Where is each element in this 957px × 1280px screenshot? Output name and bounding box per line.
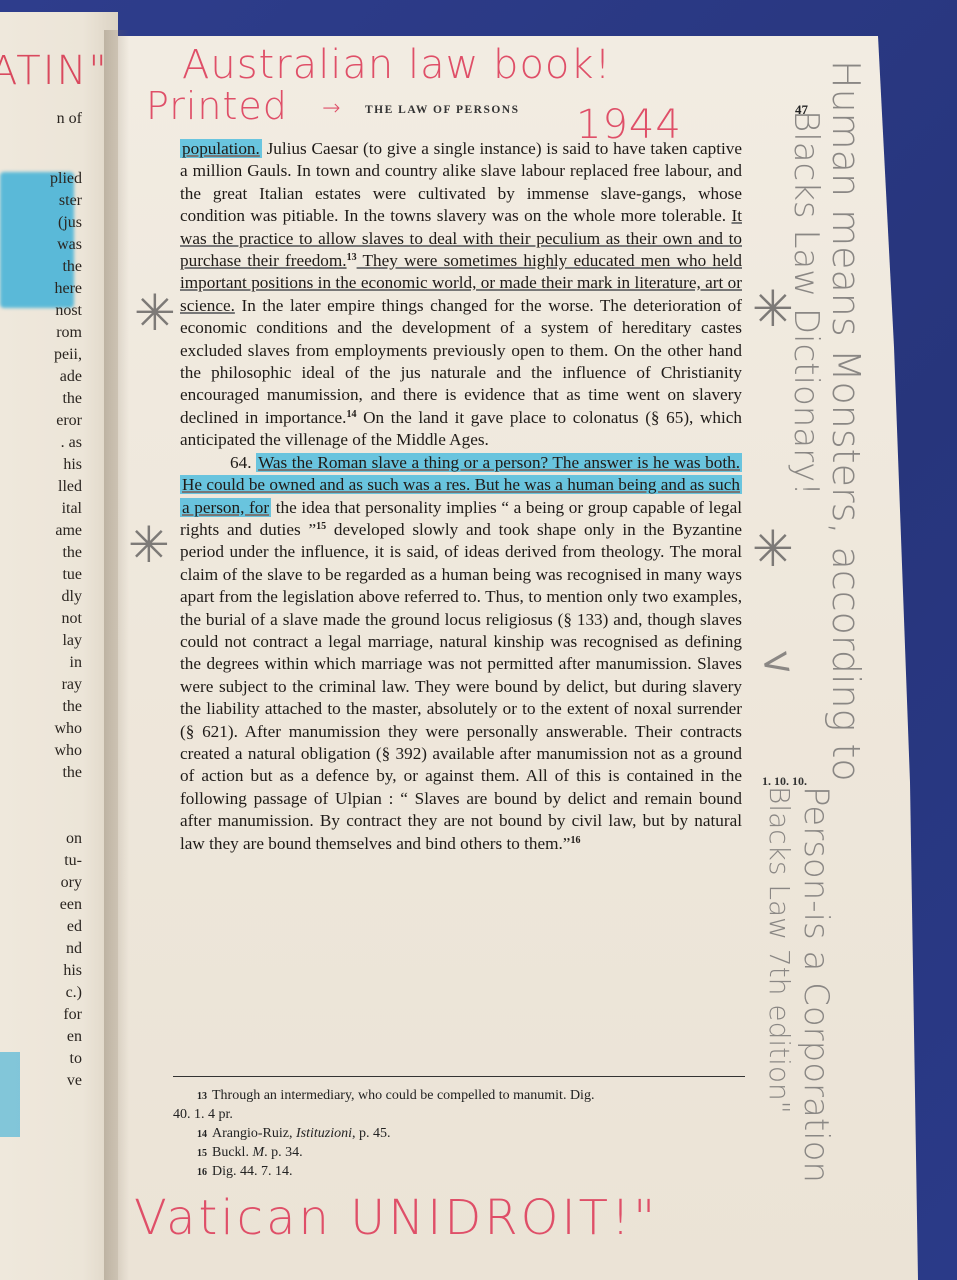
footnote-13: 13Through an intermediary, who could be … — [173, 1087, 753, 1106]
left-page-text-fragment: dly — [62, 586, 82, 609]
section-number: 64. — [230, 453, 256, 472]
left-page-text-fragment: the — [62, 388, 82, 411]
red-annotation-printed: Printed — [146, 84, 288, 128]
left-page-highlight-bottom — [0, 1052, 20, 1137]
left-page-text-fragment: nd — [66, 938, 82, 961]
left-page-text-fragment: in — [70, 652, 82, 675]
pencil-star-icon: ✳ — [128, 520, 170, 570]
left-page-text-fragment: who — [54, 718, 82, 741]
left-page-text-fragment: . as — [61, 432, 82, 455]
body-text: population. Julius Caesar (to give a sin… — [180, 138, 742, 855]
footnote-16: 16Dig. 44. 7. 14. — [173, 1163, 753, 1182]
pencil-annotation-person-is-a-corporation: Person-is a Corporation — [796, 786, 836, 1183]
left-page-text-fragment: on — [66, 828, 82, 851]
left-page-text-fragment: n of — [57, 108, 82, 131]
left-page-text-fragment: the — [62, 762, 82, 785]
left-page-text-fragment: ital — [62, 498, 82, 521]
left-page-text-fragment: ed — [67, 916, 82, 939]
left-page-text-fragment: ade — [60, 366, 82, 389]
left-facing-page: ATIN" n ofpliedster(juswastheherenostrom… — [0, 12, 118, 1280]
left-page-text-fragment: (jus — [58, 212, 82, 235]
paragraph-63-continued: population. Julius Caesar (to give a sin… — [180, 138, 742, 452]
left-page-text-fragment: ory — [61, 872, 82, 895]
left-page-text-fragment: to — [70, 1048, 82, 1071]
left-page-text-fragment: ray — [62, 674, 82, 697]
footnote-ref-16[interactable]: 16 — [570, 835, 580, 846]
footnotes: 13Through an intermediary, who could be … — [173, 1087, 753, 1182]
left-page-text-fragment: who — [54, 740, 82, 763]
left-page-text-fragment: c.) — [66, 982, 82, 1005]
paragraph-64: 64. Was the Roman slave a thing or a per… — [180, 452, 742, 855]
left-page-text-fragment: ster — [59, 190, 82, 213]
left-page-text-fragment: tue — [62, 564, 82, 587]
pencil-annotation-human-means-monsters: Human means Monsters, according to — [824, 60, 868, 782]
left-red-annotation: ATIN" — [0, 48, 109, 94]
footnote-ref-14[interactable]: 14 — [346, 409, 356, 420]
pencil-annotation-blacks-law-dictionary: Blacks Law Dictionary! — [786, 110, 826, 496]
left-page-text-fragment: here — [54, 278, 82, 301]
pencil-star-icon: ✳ — [134, 288, 176, 338]
left-page-text-fragment: rom — [56, 322, 82, 345]
left-page-text-fragment: nost — [55, 300, 82, 323]
left-page-text-fragment: his — [63, 960, 82, 983]
footnote-ref-13[interactable]: 13 — [347, 252, 357, 263]
left-page-text-fragment: peii, — [54, 344, 82, 367]
left-page-text-fragment: lay — [62, 630, 82, 653]
pencil-star-icon: ✳ — [752, 524, 794, 574]
footnote-divider — [173, 1076, 745, 1077]
left-page-text-fragment: ame — [55, 520, 82, 543]
left-page-text-fragment: for — [63, 1004, 82, 1027]
red-annotation-vatican-unidroit: Vatican UNIDROIT!" — [134, 1190, 658, 1246]
red-arrow-icon: → — [322, 96, 341, 121]
left-page-text-fragment: lled — [58, 476, 82, 499]
left-page-text-fragment: een — [60, 894, 82, 917]
left-page-text-fragment: eror — [56, 410, 82, 433]
left-page-text-fragment: tu- — [64, 850, 82, 873]
left-page-text-fragment: not — [62, 608, 82, 631]
highlighted-word: population. — [180, 139, 262, 158]
left-page-text-fragment: his — [63, 454, 82, 477]
footnote-15: 15Buckl. M. p. 34. — [173, 1144, 753, 1163]
left-page-text-fragment: the — [62, 696, 82, 719]
book-spine-shadow — [104, 30, 140, 1280]
footnote-14: 14Arangio-Ruiz, Istituzioni, p. 45. — [173, 1125, 753, 1144]
left-page-text-fragment: was — [57, 234, 82, 257]
left-page-text-fragment: ve — [67, 1070, 82, 1093]
red-annotation-australian-law-book: Australian law book! — [182, 42, 612, 88]
left-page-text-fragment: the — [62, 256, 82, 279]
red-annotation-year: 1944 — [576, 102, 682, 148]
left-page-text-fragment: en — [67, 1026, 82, 1049]
footnote-ref-15[interactable]: 15 — [316, 521, 326, 532]
left-page-text-fragment: plied — [50, 168, 82, 191]
footnote-13-continued: 40. 1. 4 pr. — [173, 1106, 753, 1124]
pencil-annotation-blacks-law-7th-edition: Blacks Law 7th edition" — [763, 786, 796, 1114]
running-title: THE LAW OF PERSONS — [365, 104, 520, 116]
left-page-text-fragment: the — [62, 542, 82, 565]
